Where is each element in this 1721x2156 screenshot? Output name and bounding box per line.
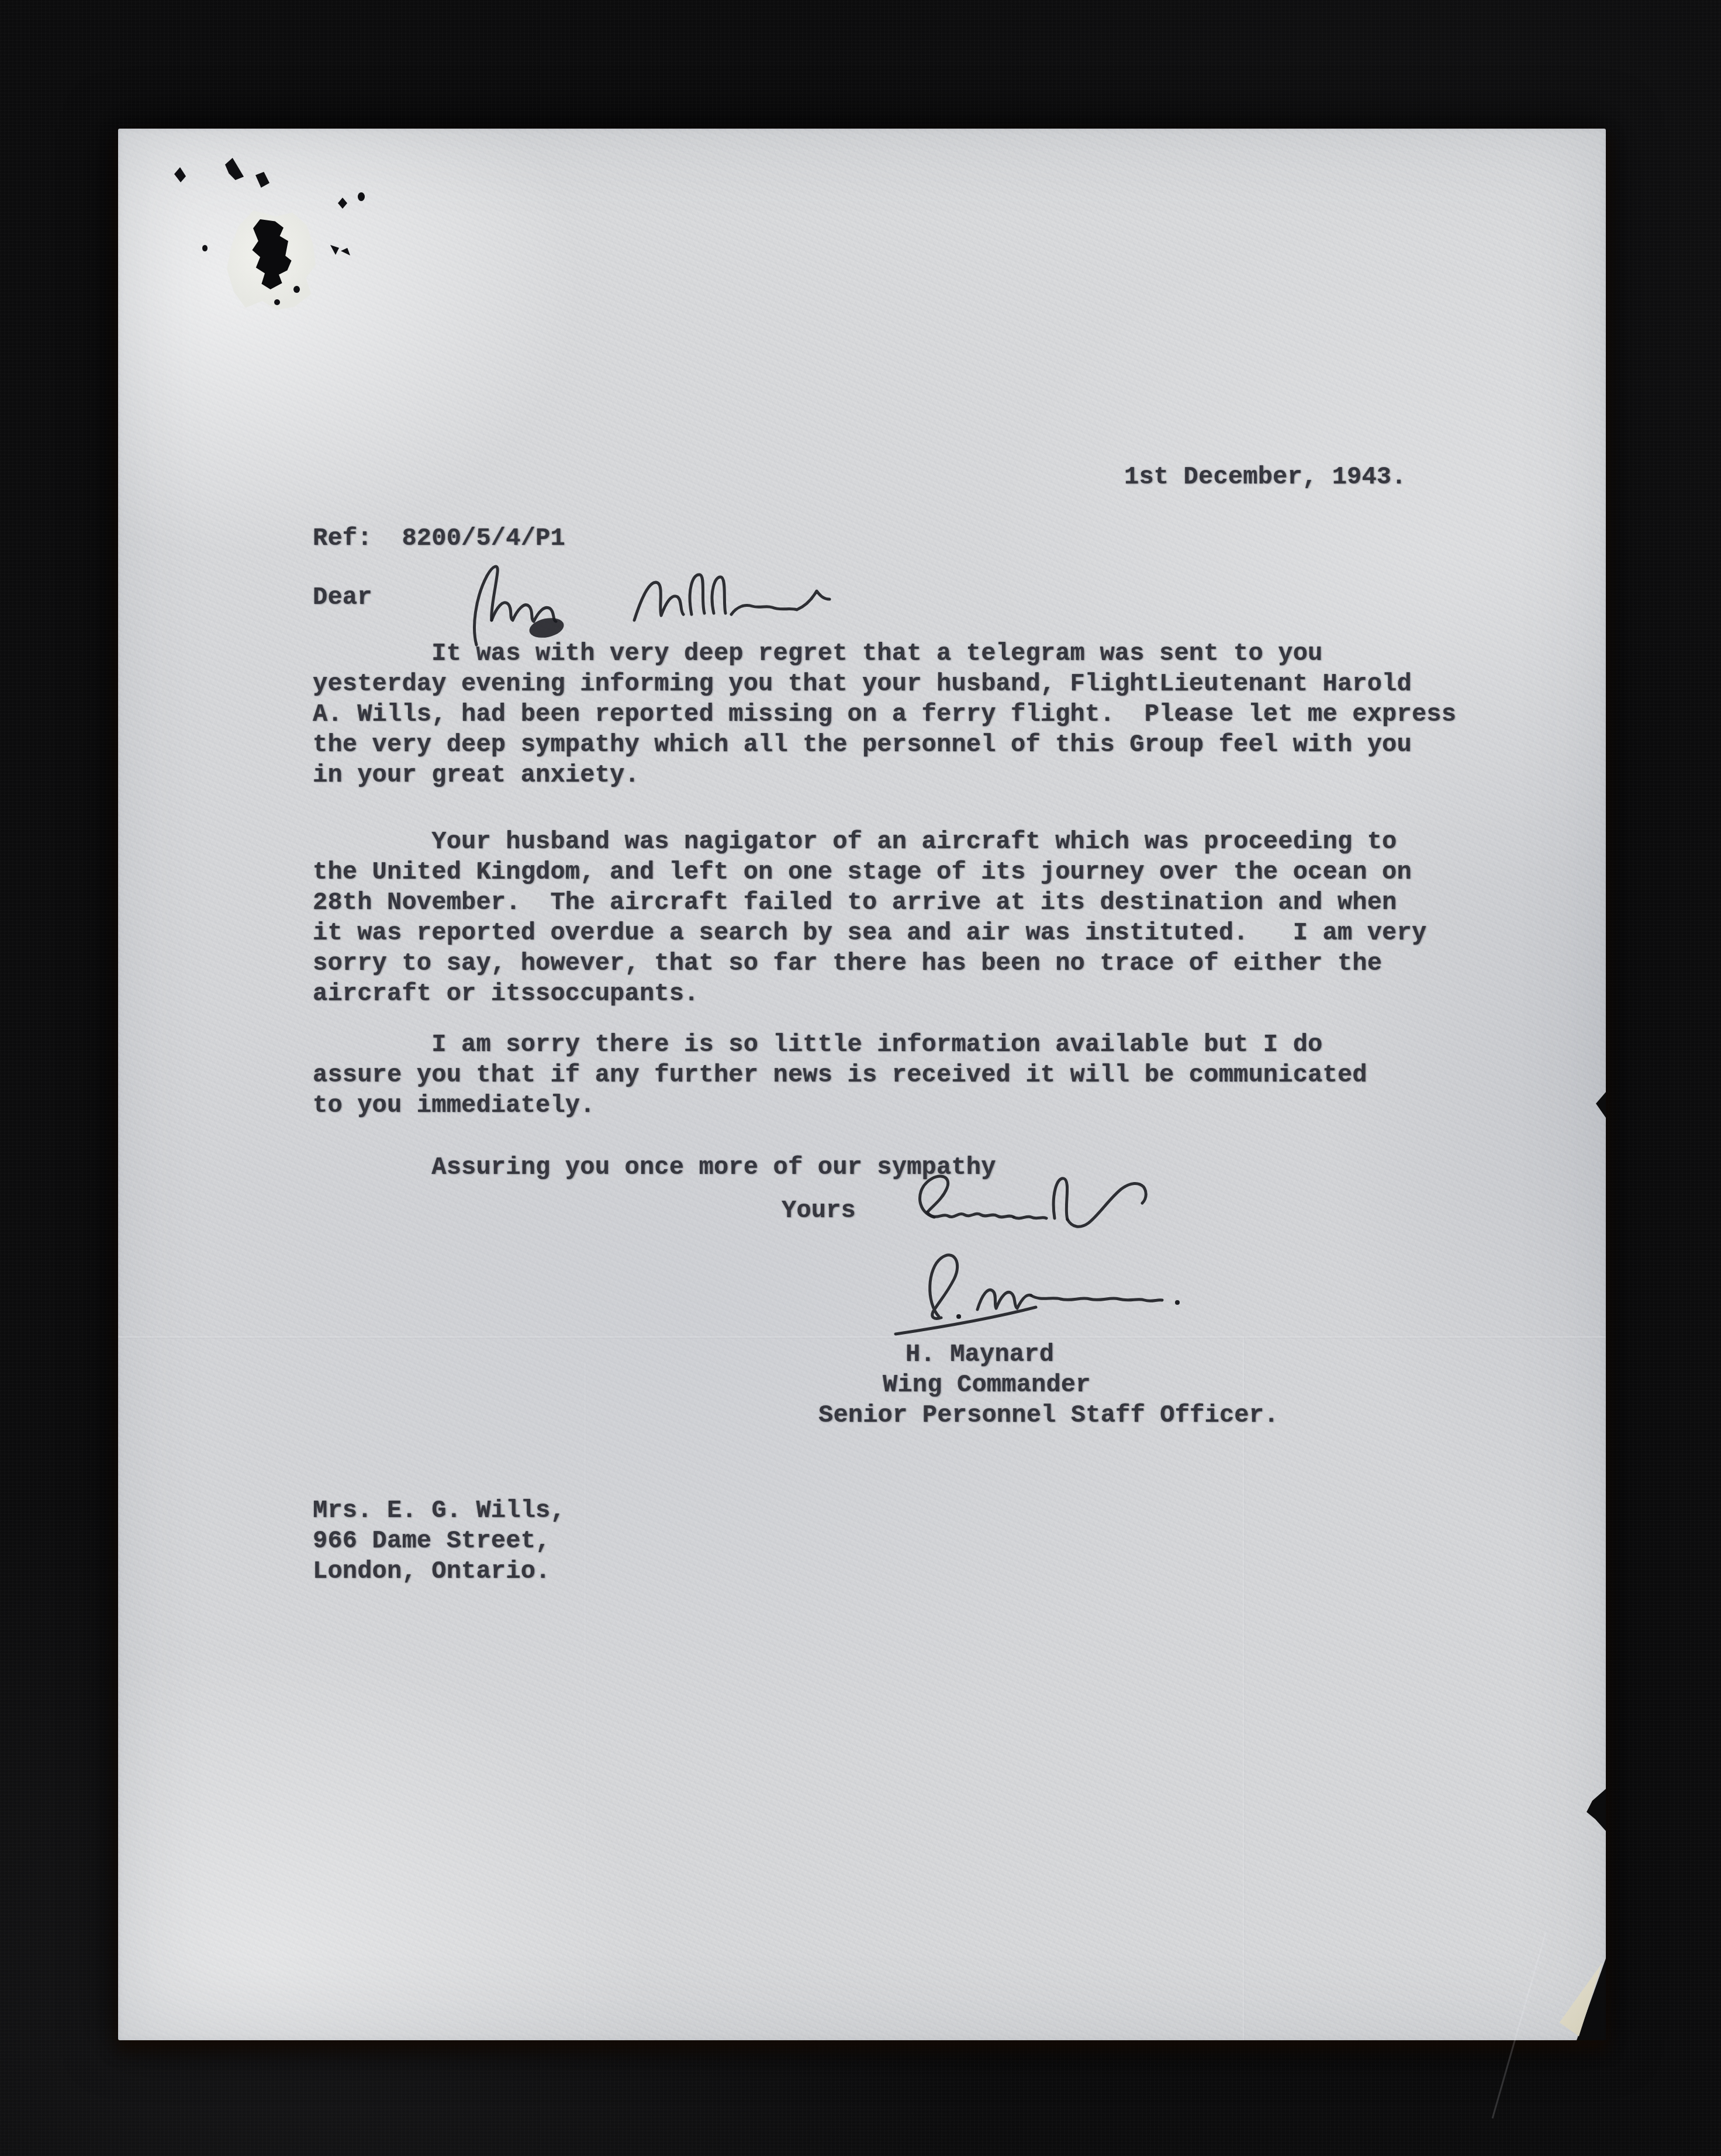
- paper-speck: [338, 198, 347, 209]
- valediction: Yours: [782, 1196, 856, 1226]
- signatory-title: Senior Personnel Staff Officer.: [818, 1400, 1279, 1431]
- body-paragraph-2: Your husband was nagigator of an aircraf…: [313, 827, 1426, 1009]
- salutation: Dear: [313, 582, 372, 613]
- letter-date: 1st December, 1943.: [1124, 462, 1406, 492]
- fold-crease-vertical: [1243, 1336, 1245, 2040]
- edge-tear: [1587, 1789, 1606, 1831]
- signatory-name: H. Maynard: [906, 1339, 1054, 1370]
- handwritten-recipient-name: [441, 545, 839, 651]
- paper-speck: [202, 245, 208, 251]
- handwritten-signature: [890, 1239, 1217, 1339]
- paper-speck: [274, 299, 280, 305]
- photo-background: 1st December, 1943. Ref: 8200/5/4/P1 Dea…: [0, 0, 1721, 2156]
- paper-speck: [174, 167, 186, 182]
- recipient-address: Mrs. E. G. Wills, 966 Dame Street, Londo…: [313, 1495, 565, 1587]
- closing-line: Assuring you once more of our sympathy: [313, 1152, 996, 1183]
- paper-speck: [330, 245, 339, 255]
- paper-speck: [341, 248, 350, 255]
- paper-speck: [255, 172, 269, 188]
- signatory-rank: Wing Commander: [883, 1370, 1091, 1400]
- paper-speck: [293, 286, 300, 293]
- paper-speck: [358, 192, 365, 201]
- fold-crease-diagonal: [1492, 1933, 1547, 2119]
- fold-crease-vertical-faint: [585, 1362, 586, 2040]
- handwritten-sincerely: [901, 1156, 1153, 1244]
- body-paragraph-1: It was with very deep regret that a tele…: [313, 638, 1456, 790]
- body-paragraph-3: I am sorry there is so little informatio…: [313, 1029, 1367, 1121]
- edge-tear: [1596, 1092, 1606, 1118]
- letter-page: 1st December, 1943. Ref: 8200/5/4/P1 Dea…: [118, 129, 1606, 2040]
- paper-speck: [225, 158, 244, 180]
- fold-crease-horizontal: [118, 1336, 1606, 1339]
